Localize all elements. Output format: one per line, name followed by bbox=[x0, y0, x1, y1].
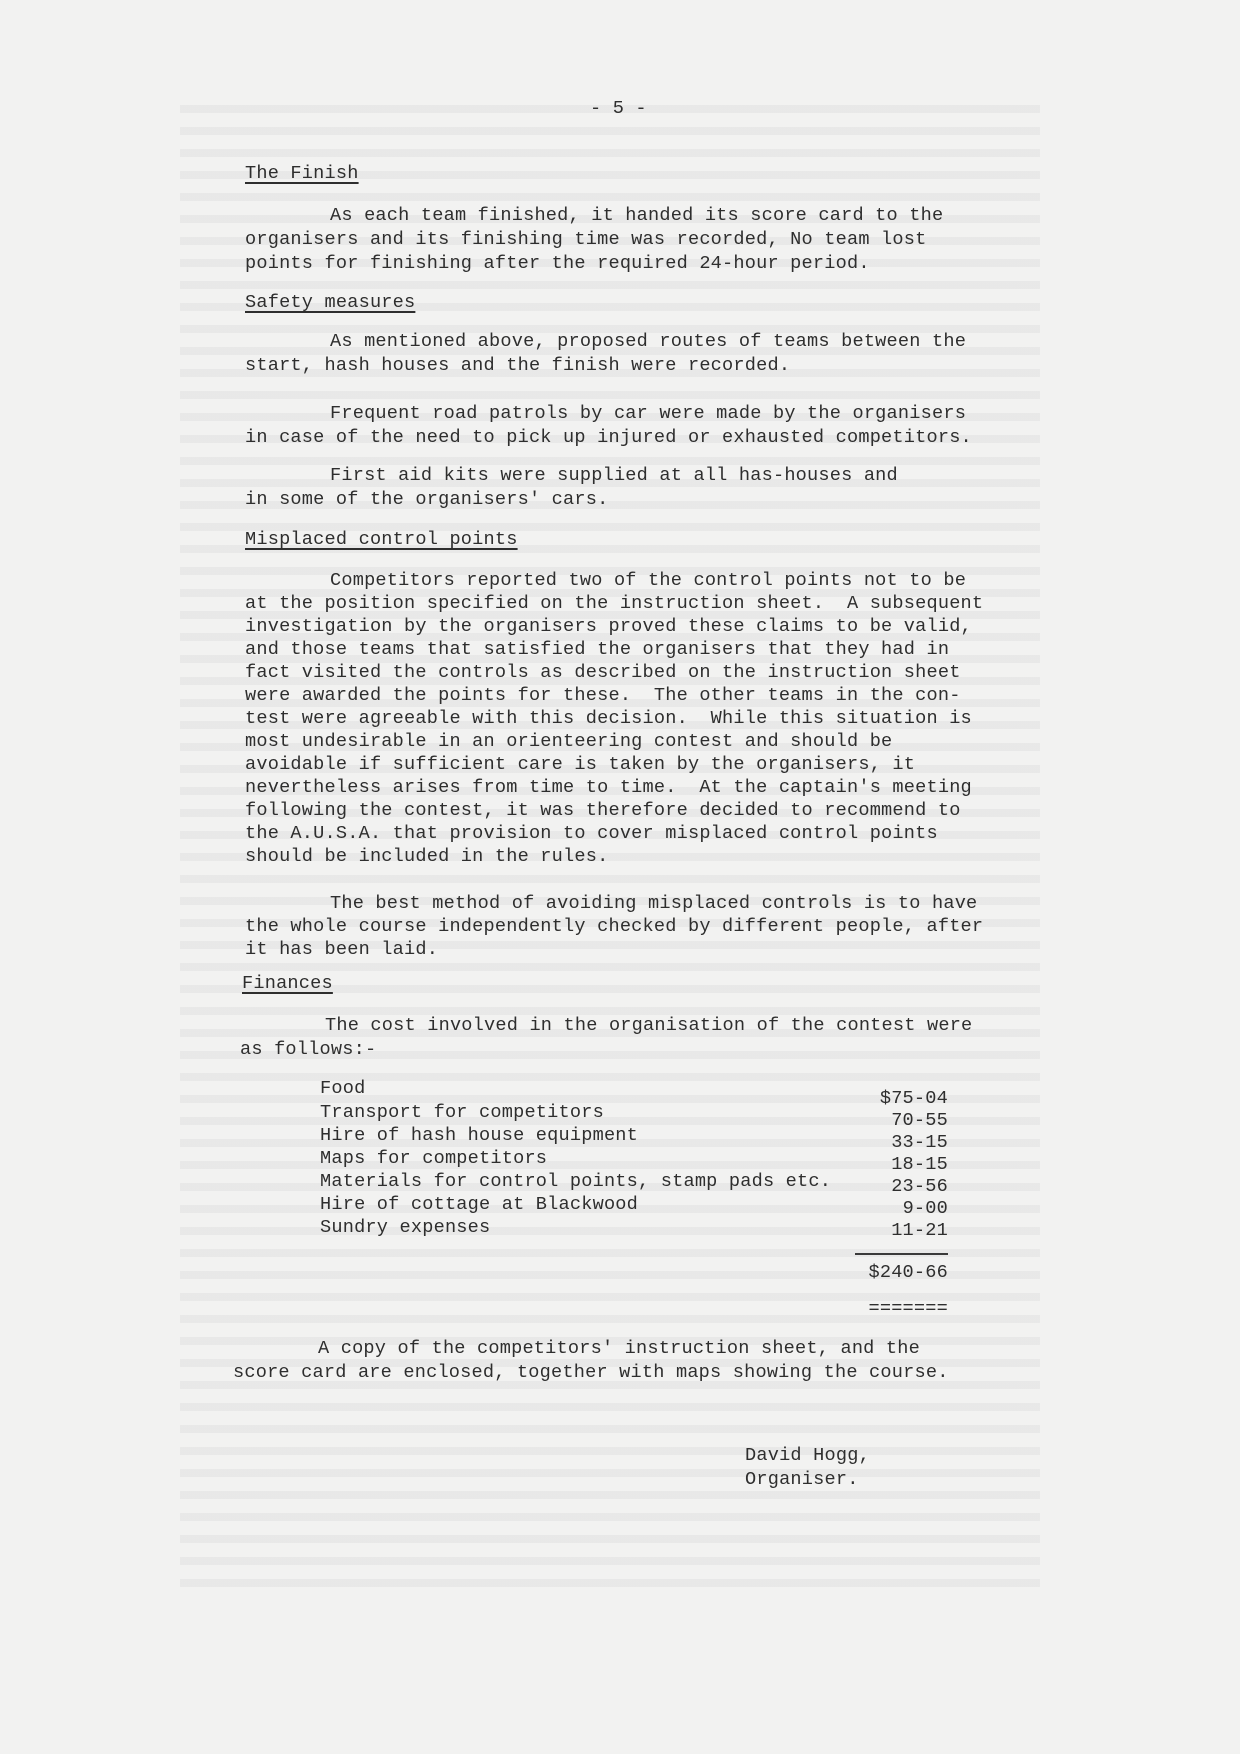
misplaced-p1-line-11: following the contest, it was therefore … bbox=[245, 800, 961, 822]
safety-p3-line-2: in some of the organisers' cars. bbox=[245, 489, 608, 511]
expense-item: Hire of hash house equipment bbox=[320, 1125, 638, 1147]
misplaced-p1-line-4: and those teams that satisfied the organ… bbox=[245, 639, 949, 661]
finish-line-1: As each team finished, it handed its sco… bbox=[330, 205, 943, 227]
safety-p1-line-2: start, hash houses and the finish were r… bbox=[245, 355, 790, 377]
misplaced-p2-line-2: the whole course independently checked b… bbox=[245, 916, 983, 938]
page-number: - 5 - bbox=[590, 98, 647, 120]
subtotal-rule bbox=[855, 1253, 948, 1255]
misplaced-p1-line-8: most undesirable in an orienteering cont… bbox=[245, 731, 892, 753]
expense-item: Food bbox=[320, 1078, 365, 1100]
misplaced-p1-line-3: investigation by the organisers proved t… bbox=[245, 616, 972, 638]
expense-amount: 33-15 bbox=[891, 1132, 948, 1154]
heading-misplaced-control-points: Misplaced control points bbox=[245, 529, 518, 551]
expense-amount: 70-55 bbox=[891, 1110, 948, 1132]
misplaced-p2-line-1: The best method of avoiding misplaced co… bbox=[330, 893, 977, 915]
finances-line-1: The cost involved in the organisation of… bbox=[325, 1015, 972, 1037]
misplaced-p1-line-2: at the position specified on the instruc… bbox=[245, 593, 983, 615]
misplaced-p1-line-1: Competitors reported two of the control … bbox=[330, 570, 966, 592]
safety-p3-line-1: First aid kits were supplied at all has-… bbox=[330, 465, 898, 487]
misplaced-p1-line-12: the A.U.S.A. that provision to cover mis… bbox=[245, 823, 938, 845]
misplaced-p1-line-5: fact visited the controls as described o… bbox=[245, 662, 961, 684]
expense-item: Transport for competitors bbox=[320, 1102, 604, 1124]
expense-amount: 11-21 bbox=[891, 1220, 948, 1242]
misplaced-p1-line-13: should be included in the rules. bbox=[245, 846, 608, 868]
closing-line-1: A copy of the competitors' instruction s… bbox=[318, 1338, 920, 1360]
document-page: - 5 - The Finish As each team finished, … bbox=[0, 0, 1240, 1754]
misplaced-p1-line-9: avoidable if sufficient care is taken by… bbox=[245, 754, 915, 776]
heading-safety-measures: Safety measures bbox=[245, 292, 415, 314]
expense-item: Hire of cottage at Blackwood bbox=[320, 1194, 638, 1216]
expense-amount: 18-15 bbox=[891, 1154, 948, 1176]
closing-line-2: score card are enclosed, together with m… bbox=[233, 1362, 949, 1384]
expense-amount: 9-00 bbox=[903, 1198, 948, 1220]
safety-p2-line-1: Frequent road patrols by car were made b… bbox=[330, 403, 966, 425]
total-double-rule: ======= bbox=[868, 1298, 948, 1320]
heading-the-finish: The Finish bbox=[245, 163, 359, 185]
misplaced-p1-line-6: were awarded the points for these. The o… bbox=[245, 685, 961, 707]
expense-total: $240-66 bbox=[868, 1262, 948, 1284]
finances-line-2: as follows:- bbox=[240, 1039, 376, 1061]
expense-amount: 23-56 bbox=[891, 1176, 948, 1198]
finish-line-3: points for finishing after the required … bbox=[245, 253, 870, 275]
expense-item: Sundry expenses bbox=[320, 1217, 490, 1239]
expense-item: Maps for competitors bbox=[320, 1148, 547, 1170]
safety-p2-line-2: in case of the need to pick up injured o… bbox=[245, 427, 972, 449]
misplaced-p2-line-3: it has been laid. bbox=[245, 939, 438, 961]
finish-line-2: organisers and its finishing time was re… bbox=[245, 229, 926, 251]
safety-p1-line-1: As mentioned above, proposed routes of t… bbox=[330, 331, 966, 353]
heading-finances: Finances bbox=[242, 973, 333, 995]
misplaced-p1-line-7: test were agreeable with this decision. … bbox=[245, 708, 972, 730]
expense-item: Materials for control points, stamp pads… bbox=[320, 1171, 831, 1193]
signature-title: Organiser. bbox=[745, 1469, 859, 1491]
signature-name: David Hogg, bbox=[745, 1445, 870, 1467]
misplaced-p1-line-10: nevertheless arises from time to time. A… bbox=[245, 777, 972, 799]
expense-amount: $75-04 bbox=[880, 1088, 948, 1110]
